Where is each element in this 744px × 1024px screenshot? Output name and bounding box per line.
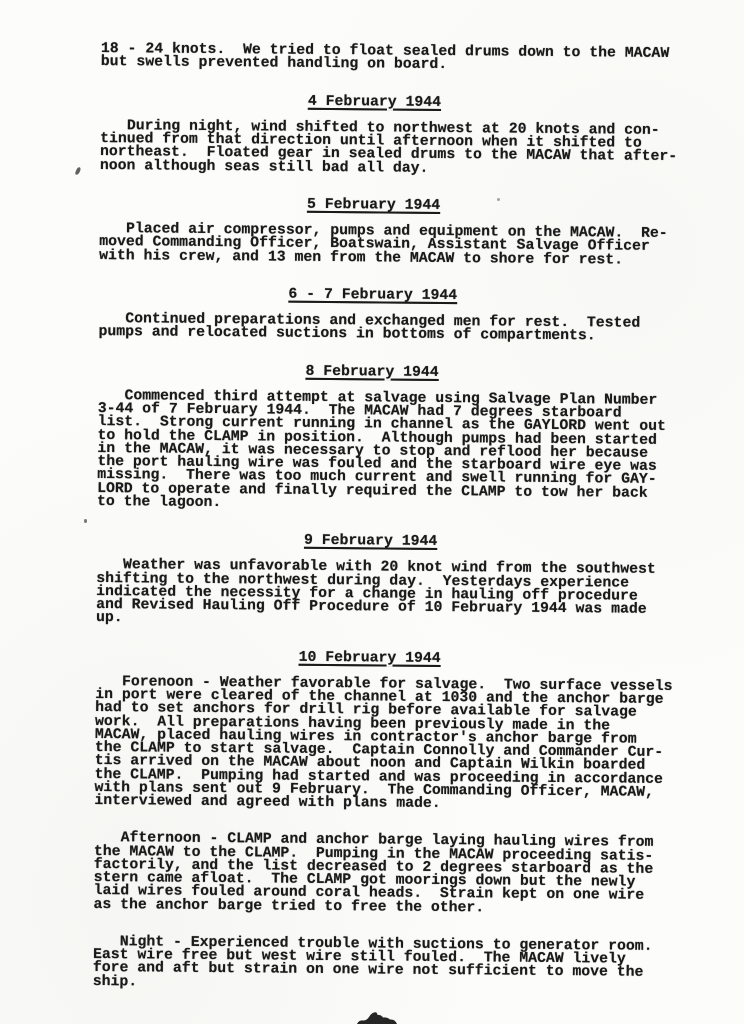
typewritten-text-column: 18 - 24 knots. We tried to float sealed … bbox=[93, 43, 679, 994]
section-heading-10-february-1944: 10 February 1944 bbox=[96, 649, 644, 667]
paragraph-10-february-afternoon: Afternoon - CLAMP and anchor barge layin… bbox=[93, 832, 672, 917]
section-heading-6-7-february-1944: 6 - 7 February 1944 bbox=[99, 287, 647, 305]
heading-text: 10 February 1944 bbox=[299, 649, 441, 666]
paragraph-continuation: 18 - 24 knots. We tried to float sealed … bbox=[101, 43, 679, 75]
paragraph-5-february: Placed air compressor, pumps and equipme… bbox=[99, 223, 677, 268]
paragraph-6-7-february: Continued preparations and exchanged men… bbox=[98, 313, 676, 345]
scan-artifact bbox=[497, 198, 500, 201]
paragraph-9-february: Weather was unfavorable with 20 knot win… bbox=[96, 559, 675, 630]
paragraph-4-february: During night, wind shifted to northwest … bbox=[100, 120, 678, 178]
section-heading-4-february-1944: 4 February 1944 bbox=[100, 93, 648, 111]
paragraph-8-february: Commenced third attempt at salvage using… bbox=[97, 390, 676, 514]
paragraph-10-february-forenoon: Forenoon - Weather favorable for salvage… bbox=[94, 676, 673, 814]
heading-text: 4 February 1944 bbox=[308, 93, 441, 110]
heading-text: 9 February 1944 bbox=[304, 533, 437, 550]
text-line: pumps and relocated suctions in bottoms … bbox=[98, 326, 676, 344]
section-heading-9-february-1944: 9 February 1944 bbox=[97, 533, 645, 551]
section-heading-8-february-1944: 8 February 1944 bbox=[98, 363, 646, 381]
heading-text: 5 February 1944 bbox=[307, 197, 440, 214]
text-line: with his crew, and 13 men from the MACAW… bbox=[99, 249, 677, 267]
heading-text: 8 February 1944 bbox=[305, 363, 438, 380]
paragraph-10-february-night: Night - Experienced trouble with suction… bbox=[93, 936, 671, 994]
ink-blot-ornament bbox=[356, 1011, 398, 1024]
heading-text: 6 - 7 February 1944 bbox=[288, 286, 457, 303]
scan-artifact bbox=[75, 167, 81, 176]
scan-artifact bbox=[84, 519, 87, 523]
section-heading-5-february-1944: 5 February 1944 bbox=[100, 197, 648, 215]
